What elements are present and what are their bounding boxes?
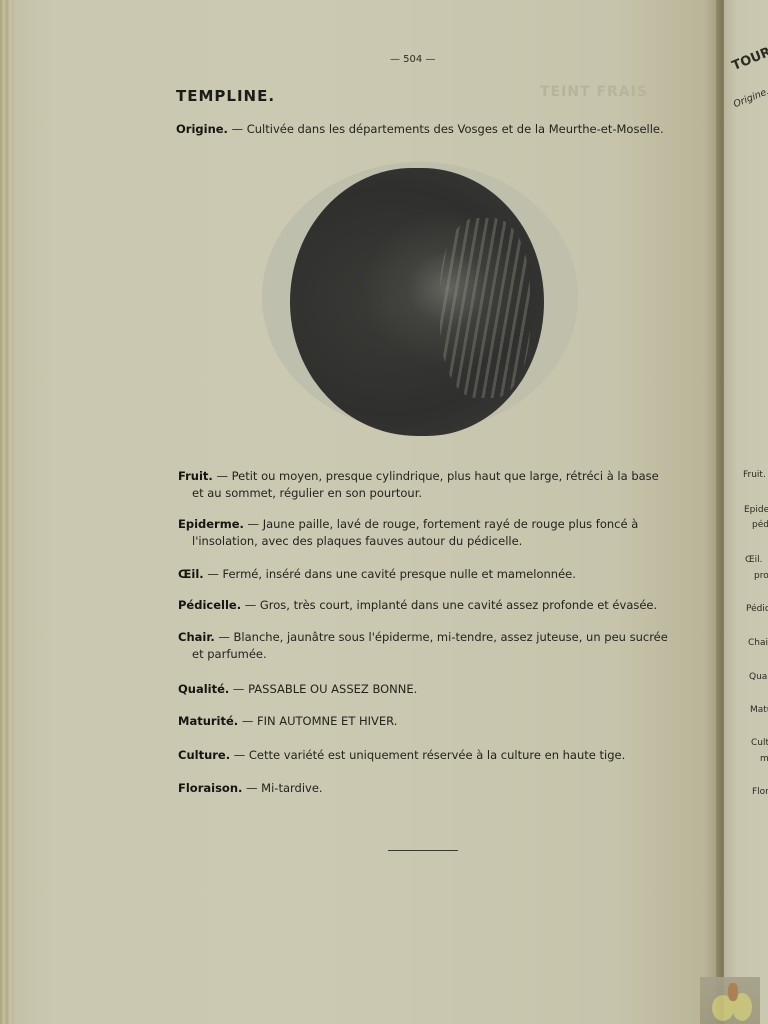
right-page-label: Cultu	[751, 738, 768, 748]
stem-icon	[728, 983, 738, 1001]
entry-continuation: l'insolation, avec des plaques fauves au…	[178, 533, 668, 550]
right-page-label: Flor	[752, 787, 768, 797]
entry-qualite: Qualité. — PASSABLE OU ASSEZ BONNE.	[178, 681, 668, 698]
entry-origin: Origine. — Cultivée dans les département…	[176, 121, 676, 138]
right-page-label: pro	[754, 571, 768, 581]
variety-title: TEMPLINE.	[176, 87, 275, 105]
entry-term: Origine.	[176, 122, 228, 136]
right-page-label: Fruit. –	[743, 470, 768, 480]
entry-term: Œil.	[178, 567, 204, 581]
right-page-label: Chair	[748, 638, 768, 648]
entry-continuation: et au sommet, régulier en son pourtour.	[178, 485, 668, 502]
entry-term: Qualité.	[178, 682, 229, 696]
right-page-label: pédi	[752, 520, 768, 530]
fruit-stripes	[440, 218, 530, 398]
entry-term: Chair.	[178, 630, 215, 644]
entry-continuation: et parfumée.	[178, 646, 668, 663]
right-page-label: Matu	[750, 705, 768, 715]
entry-text: — Gros, très court, implanté dans une ca…	[241, 598, 657, 612]
entry-text: — Cultivée dans les départements des Vos…	[228, 122, 664, 136]
entry-oeil: Œil. — Fermé, inséré dans une cavité pre…	[178, 566, 668, 583]
entry-fruit: Fruit. — Petit ou moyen, presque cylindr…	[178, 468, 668, 502]
right-page-label: m	[760, 754, 768, 764]
entry-term: Floraison.	[178, 781, 242, 795]
section-separator	[388, 850, 458, 851]
entry-pedicelle: Pédicelle. — Gros, très court, implanté …	[178, 597, 668, 614]
entry-text: — FIN AUTOMNE ET HIVER.	[238, 714, 397, 728]
entry-term: Culture.	[178, 748, 230, 762]
entry-epiderme: Epiderme. — Jaune paille, lavé de rouge,…	[178, 516, 668, 550]
entry-term: Epiderme.	[178, 517, 244, 531]
bleedthrough-heading: TEINT FRAIS	[540, 84, 648, 100]
entry-text: — Mi-tardive.	[242, 781, 322, 795]
left-page	[14, 0, 720, 1024]
page-number: — 504 —	[390, 54, 435, 65]
entry-term: Fruit.	[178, 469, 213, 483]
entry-culture: Culture. — Cette variété est uniquement …	[178, 747, 668, 764]
entry-text: — PASSABLE OU ASSEZ BONNE.	[229, 682, 417, 696]
entry-text: — Fermé, inséré dans une cavité presque …	[204, 567, 576, 581]
entry-text: — Cette variété est uniquement réservée …	[230, 748, 625, 762]
entry-term: Pédicelle.	[178, 598, 241, 612]
corner-watermark-thumbnail	[700, 977, 760, 1024]
entry-chair: Chair. — Blanche, jaunâtre sous l'épider…	[178, 629, 668, 663]
apple-image	[290, 168, 544, 436]
entry-text: — Petit ou moyen, presque cylindrique, p…	[213, 469, 659, 483]
entry-text: — Jaune paille, lavé de rouge, fortement…	[244, 517, 638, 531]
right-page-label: Pédic	[746, 604, 768, 614]
entry-text: — Blanche, jaunâtre sous l'épiderme, mi-…	[215, 630, 668, 644]
entry-term: Maturité.	[178, 714, 238, 728]
right-page-label: Quali	[749, 672, 768, 682]
right-page-label: Epider	[744, 505, 768, 515]
fruit-illustration	[262, 160, 580, 438]
entry-maturite: Maturité. — FIN AUTOMNE ET HIVER.	[178, 713, 668, 730]
right-page-label: Œil.	[745, 555, 763, 565]
entry-floraison: Floraison. — Mi-tardive.	[178, 780, 668, 797]
